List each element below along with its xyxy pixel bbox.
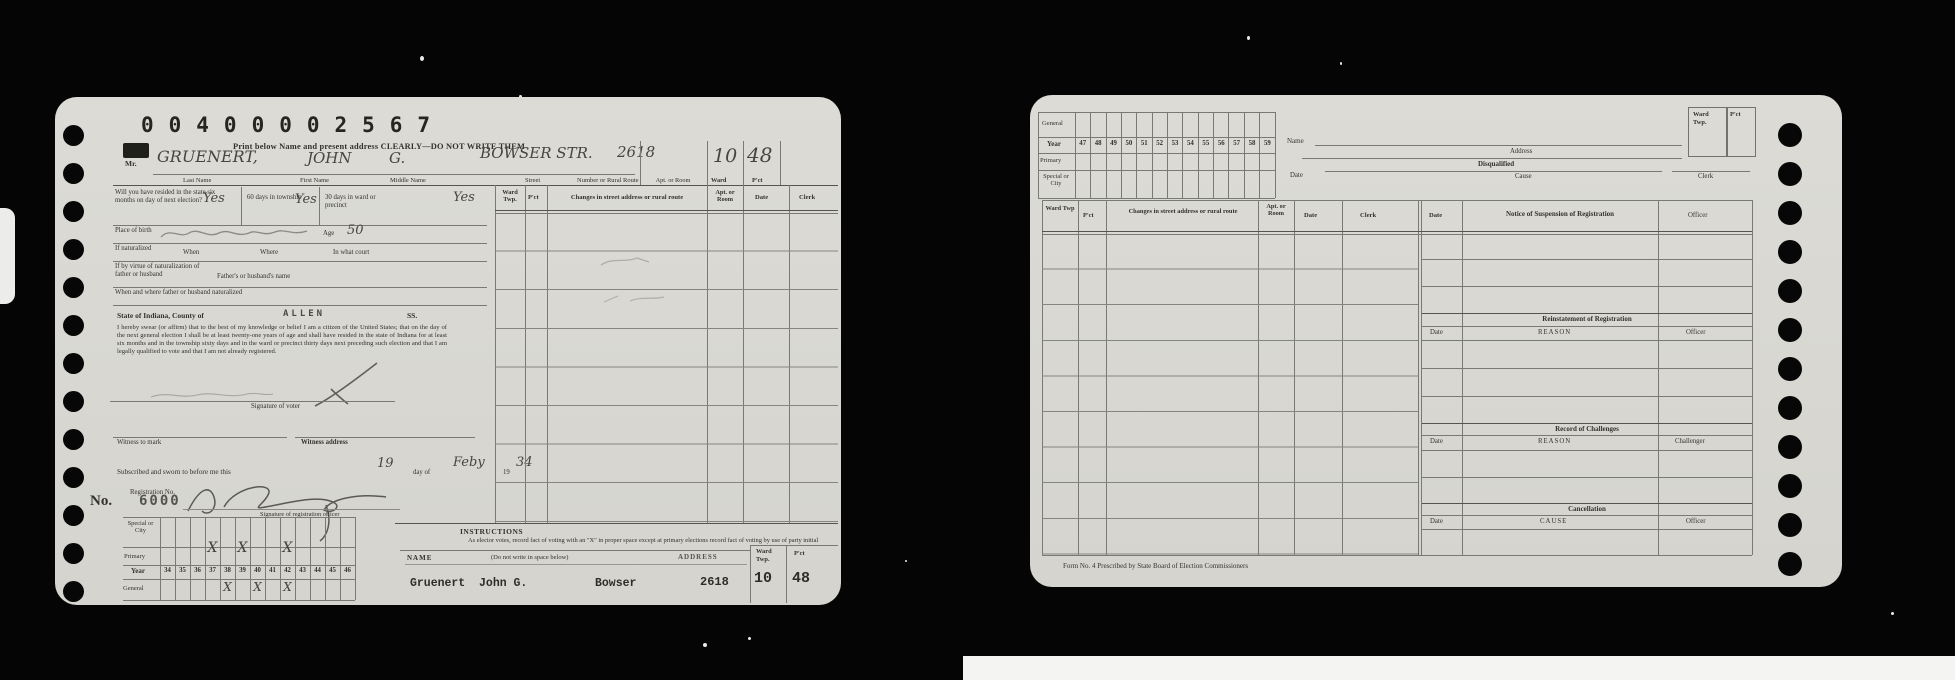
table-line [1418,200,1419,555]
row-label-general: General [123,585,144,592]
row-label-general: General [1042,120,1063,128]
name-label: Name [1287,137,1304,145]
general-vote-marks: XXX [160,580,355,594]
grid-line [1121,112,1122,198]
punch-hole [1778,279,1802,303]
rule [1422,435,1752,436]
birth-label: Place of birth [115,227,157,235]
scan-dust [1891,612,1894,615]
scan-dust [1247,36,1250,40]
voter-signature-rule [110,401,395,402]
table-header-rule [1042,231,1752,232]
scan-dust [748,637,751,640]
table-scribble [600,291,670,307]
sworn-month-value: Feby [453,455,485,470]
col-header-ward-twp: Ward Twp [1044,205,1076,212]
question-divider [319,187,320,225]
col-header-changes: Changes in street address or rural route [1110,208,1256,215]
challenges-title: Record of Challenges [1422,425,1752,433]
punch-hole [1778,318,1802,342]
when-where-label: When and where father or husband natural… [115,289,257,297]
punch-hole [63,543,84,564]
rule [113,261,487,262]
primary-vote-marks: XXX [160,540,355,556]
table-line [1658,200,1659,555]
voter-signature-label: Signature of voter [251,403,300,411]
scan-dust [1340,62,1342,65]
col-header-date: Date [755,194,768,202]
witness-label: Witness to mark [117,439,161,447]
label-number-rural: Number or Rural Route [577,177,639,184]
reinstatement-officer-header: Officer [1686,329,1706,337]
header-rule [113,185,838,186]
label-last-name: Last Name [183,177,211,184]
rule [1422,515,1752,516]
pct-col-header: P'ct [794,550,805,557]
age-value: 50 [347,223,364,238]
county-stamp: ALLEN [283,309,325,319]
label-ward: Ward [711,177,726,184]
row-label-year: Year [131,567,145,575]
date-label: Date [1290,172,1303,180]
cancellation-officer-header: Officer [1686,518,1706,526]
cancellation-cause-header: CAUSE [1540,518,1567,526]
address-label: Address [1510,148,1532,156]
col-header-clerk: Clerk [799,194,815,202]
punch-hole [1778,201,1802,225]
street-value: BOWSER STR. [480,144,593,162]
punch-hole [63,315,84,336]
label-middle-name: Middle Name [390,177,426,184]
section-rule [1422,503,1752,504]
grid-rule [1038,137,1275,138]
last-name-value: GRUENERT, [157,147,258,166]
punch-hole [1778,513,1802,537]
typed-ward-value: 10 [754,570,772,587]
grid-rule [123,517,355,518]
sworn-day-value: 19 [377,456,394,471]
rule [1422,259,1752,260]
section-rule [1422,423,1752,424]
middle-name-value: G. [389,149,405,167]
scan-edge-blob [0,208,15,304]
grid-line [1259,112,1260,198]
scan-edge-white-strip [963,656,1955,680]
address-rule [1302,158,1682,159]
label-first-name: First Name [300,177,329,184]
punch-hole [63,467,84,488]
challenges-reason-header: REASON [1538,438,1571,446]
name-row-rule [400,550,750,551]
suspension-date-header: Date [1429,212,1442,220]
grid-line [355,517,356,600]
address-strip-label: ADDRESS [678,553,718,561]
grid-line [1182,112,1183,198]
grid-line [1244,112,1245,198]
struck-prefix-blob [123,143,149,158]
typed-street: Bowser [595,577,636,590]
ward-answer: Yes [453,190,475,205]
no-label: No. [90,493,112,510]
table-row-lines [1042,234,1418,555]
instructions-title: INSTRUCTIONS [460,528,523,537]
when-label: When [183,249,199,257]
typed-number: 2618 [700,575,729,589]
col-header-ward-twp: Ward Twp. [496,189,524,204]
registration-card-back: General Year Primary Special or City 474… [1030,95,1842,587]
table-row-lines [495,213,838,522]
punch-hole [63,277,84,298]
name-strip-underline [405,564,747,565]
first-name-value: JOHN [307,149,352,167]
question-divider [241,187,242,225]
ss-label: SS. [407,312,417,321]
suspension-officer-header: Officer [1688,212,1708,220]
pct-value: 48 [747,143,772,167]
col-header-changes: Changes in street address or rural route [551,194,703,202]
clerk-label: Clerk [1698,173,1713,181]
reinstatement-reason-header: REASON [1538,329,1571,337]
challenges-date-header: Date [1430,438,1443,446]
col-header-apt: Apt. or Room [1261,203,1291,217]
rule [113,305,487,306]
instructions-top-rule [395,523,838,524]
age-label: Age [323,230,334,238]
table-scribble [595,253,655,269]
typed-name: Gruenert John G. [410,577,527,590]
punch-hole [63,239,84,260]
row-label-primary: Primary [1040,157,1061,165]
punch-hole [63,391,84,412]
rule [113,287,487,288]
officer-signature-rule [183,509,400,510]
grid-line [1213,112,1214,198]
township-answer: Yes [295,192,317,207]
do-not-write-label: (Do not write in space below) [491,554,568,561]
ward-question: 30 days in ward or precinct [325,194,397,210]
col-header-pct: P'ct [528,194,539,201]
cancellation-date-header: Date [1430,518,1443,526]
punch-hole [63,163,84,184]
punch-hole [63,125,84,146]
name-strip-label: NAME [407,554,432,562]
registration-number-stamp: 6000 [139,493,181,509]
label-street: Street [525,177,540,184]
grid-line [1167,112,1168,198]
rule [1422,326,1752,327]
year-header-cells: 34353637383940414243444546 [160,567,355,574]
grid-rule [1038,153,1275,154]
registration-card-front: 00400002567 Print below Name and present… [55,97,841,605]
residence-answer: Yes [203,191,225,206]
col-header-clerk: Clerk [1360,212,1376,220]
form-footer: Form No. 4 Prescribed by State Board of … [1063,562,1248,570]
name-rule [153,174,635,175]
rule [1422,396,1752,397]
grid-rule [1038,198,1275,199]
section-rule [1422,313,1752,314]
year-header-cells: 47484950515253545556575859 [1075,140,1275,147]
rule [113,243,487,244]
cause-rule [1325,171,1662,172]
pct-box-line [780,141,781,185]
challenges-challenger-header: Challenger [1675,438,1705,446]
scan-dust [703,643,707,647]
punch-hole [63,581,84,602]
punch-hole [1778,357,1802,381]
row-label-special: Special or City [1038,173,1074,188]
punch-hole [63,429,84,450]
rule [1422,477,1752,478]
punch-hole [63,201,84,222]
col-header-pct: P'ct [1083,212,1094,219]
sworn-text: Subscribed and sworn to before me this [117,468,231,476]
twp-box-label: Twp. [1693,119,1707,126]
table-bottom-rule [1042,555,1752,556]
punch-hole [1778,396,1802,420]
pct-col-line [786,545,787,603]
officer-signature [180,477,395,543]
grid-line [1075,112,1076,198]
grid-rule [123,565,355,566]
reinstatement-title: Reinstatement of Registration [1422,315,1752,323]
where-label: Where [260,249,278,257]
label-pct: P'ct [752,177,763,184]
table-top-rule [1042,200,1752,201]
punch-hole [1778,123,1802,147]
suspension-title: Notice of Suspension of Registration [1466,210,1654,218]
ward-col-line [750,545,751,603]
grid-line [1152,112,1153,198]
day-of-label: day of [413,469,430,477]
grid-line [1198,112,1199,198]
grid-rule [1038,170,1275,171]
rule [1422,368,1752,369]
table-header-rule [495,210,838,211]
instructions-text: As elector votes, record fact of voting … [468,537,836,544]
grid-rule [1038,112,1275,113]
grid-line [1228,112,1229,198]
oath-text: I hereby swear (or affirm) that to the b… [117,324,447,356]
prefix-mr: Mr. [125,160,137,169]
witness-address-label: Witness address [301,439,348,447]
ward-value: 10 [713,145,737,167]
cancellation-title: Cancellation [1422,505,1752,513]
ward-box-label: Ward [1693,111,1709,118]
punch-hole [63,353,84,374]
ward-box-line [707,141,708,185]
state-county-line: State of Indiana, County of [117,312,204,321]
naturalized-label: If naturalized [115,245,161,253]
twp-col-header: Twp. [756,556,770,563]
ward-box-top-rule [750,545,838,546]
witness-rule [113,437,287,438]
row-label-year: Year [1047,140,1061,148]
row-label-primary: Primary [124,553,145,560]
grid-line [1090,112,1091,198]
punch-hole [1778,435,1802,459]
punch-hole [1778,240,1802,264]
label-apt-room: Apt. or Room [641,177,705,184]
disqualified-label: Disqualified [1478,160,1514,168]
serial-number-stamp: 00400002567 [141,113,445,137]
ward-pct-divider [743,141,744,185]
punch-hole [1778,552,1802,576]
ward-col-header: Ward [756,548,772,555]
scan-dust [905,560,907,562]
table-line [1462,200,1463,555]
rule [1422,286,1752,287]
grid-line [1275,112,1276,198]
virtue-label: If by virtue of naturalization of father… [115,263,211,279]
rule [1422,529,1752,530]
rule [1422,340,1752,341]
col-header-apt: Apt. or Room [710,189,740,203]
grid-line [1136,112,1137,198]
witness-address-rule [295,437,475,438]
house-number-value: 2618 [617,143,655,161]
birth-scribble [157,225,317,243]
grid-line [1106,112,1107,198]
grid-rule [123,600,355,601]
rule [1422,450,1752,451]
typed-pct-value: 48 [792,570,810,587]
clerk-rule [1672,171,1750,172]
pct-box-label: P'ct [1730,111,1741,118]
punch-hole [1778,162,1802,186]
punch-hole [63,505,84,526]
table-line [1421,200,1422,555]
scan-dust [420,56,424,61]
reinstatement-date-header: Date [1430,329,1443,337]
cause-label: Cause [1515,173,1532,181]
name-rule [1315,145,1682,146]
court-label: In what court [333,249,369,257]
punch-hole [1778,474,1802,498]
father-name-label: Father's or husband's name [217,273,290,281]
col-header-date: Date [1304,212,1317,220]
row-label-special: Special or City [123,520,158,535]
table-line [1752,200,1753,555]
